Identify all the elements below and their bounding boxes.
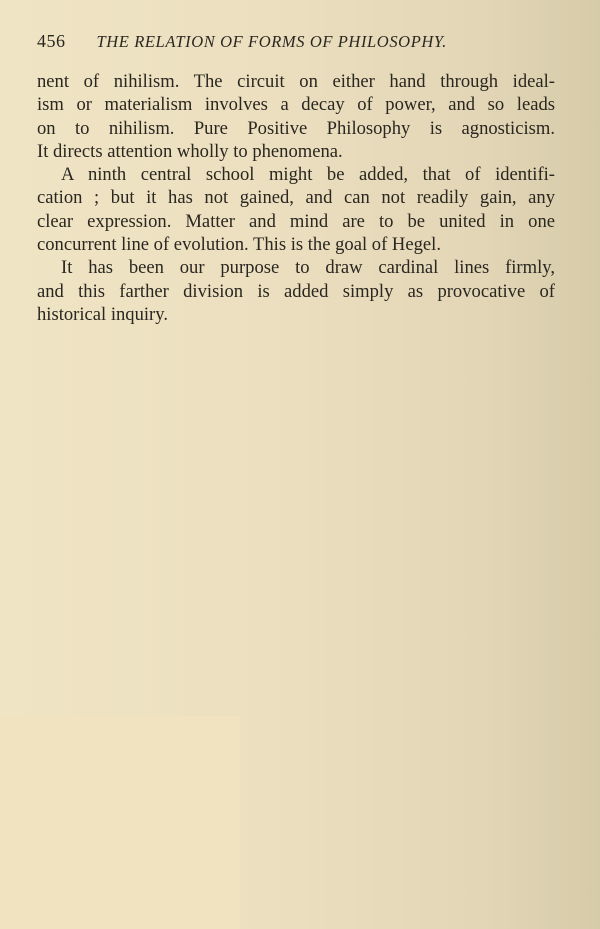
text-line: historical inquiry. — [37, 303, 555, 326]
text-line: and this farther division is added simpl… — [37, 280, 555, 303]
text-line: on to nihilism. Pure Positive Philosophy… — [37, 117, 555, 140]
paper-discoloration — [0, 716, 240, 929]
paragraph-3: It has been our purpose to draw cardinal… — [37, 256, 555, 326]
text-line: clear expression. Matter and mind are to… — [37, 210, 555, 233]
text-line: cation ; but it has not gained, and can … — [37, 186, 555, 209]
page-body: nent of nihilism. The circuit on either … — [37, 70, 555, 326]
paragraph-2: A ninth central school might be added, t… — [37, 163, 555, 256]
page-number: 456 — [37, 30, 92, 52]
paragraph-1: nent of nihilism. The circuit on either … — [37, 70, 555, 163]
text-line: It has been our purpose to draw cardinal… — [37, 256, 555, 279]
text-line: It directs attention wholly to phenomena… — [37, 140, 555, 163]
text-line: concurrent line of evolution. This is th… — [37, 233, 555, 256]
book-page: 456 THE RELATION OF FORMS OF PHILOSOPHY.… — [0, 0, 600, 929]
text-line: nent of nihilism. The circuit on either … — [37, 70, 555, 93]
text-line: A ninth central school might be added, t… — [37, 163, 555, 186]
running-title: THE RELATION OF FORMS OF PHILOSOPHY. — [97, 32, 447, 51]
page-header: 456 THE RELATION OF FORMS OF PHILOSOPHY. — [37, 30, 557, 53]
text-line: ism or materialism involves a decay of p… — [37, 93, 555, 116]
